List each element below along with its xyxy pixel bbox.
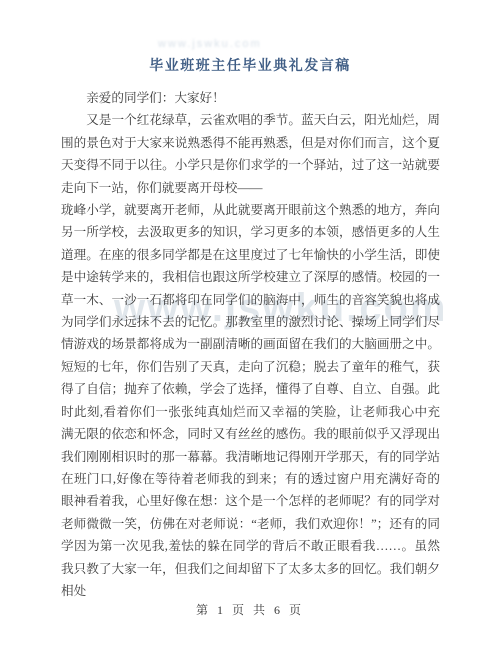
document-body: 亲爱的同学们：大家好！ 又是一个红花绿草，云雀欢唱的季节。蓝天白云，阳光灿烂，周… [61,87,440,602]
paragraph-greeting: 亲爱的同学们：大家好！ [61,87,440,109]
page-number-footer: 第 1 页 共 6 页 [0,601,500,618]
document-title: 毕业班班主任毕业典礼发言稿 [0,55,500,75]
document-page: www.jswku.com 毕业班班主任毕业典礼发言稿 www.jswku.co… [0,0,500,648]
watermark-text-top: www.jswku.com [158,38,368,50]
paragraph-intro: 又是一个红花绿草，云雀欢唱的季节。蓝天白云，阳光灿烂，周围的景色对于大家来说熟悉… [61,109,440,199]
paragraph-main: 珑峰小学，就要离开老师，从此就要离开眼前这个熟悉的地方，奔向另一所学校，去汲取更… [61,199,440,602]
